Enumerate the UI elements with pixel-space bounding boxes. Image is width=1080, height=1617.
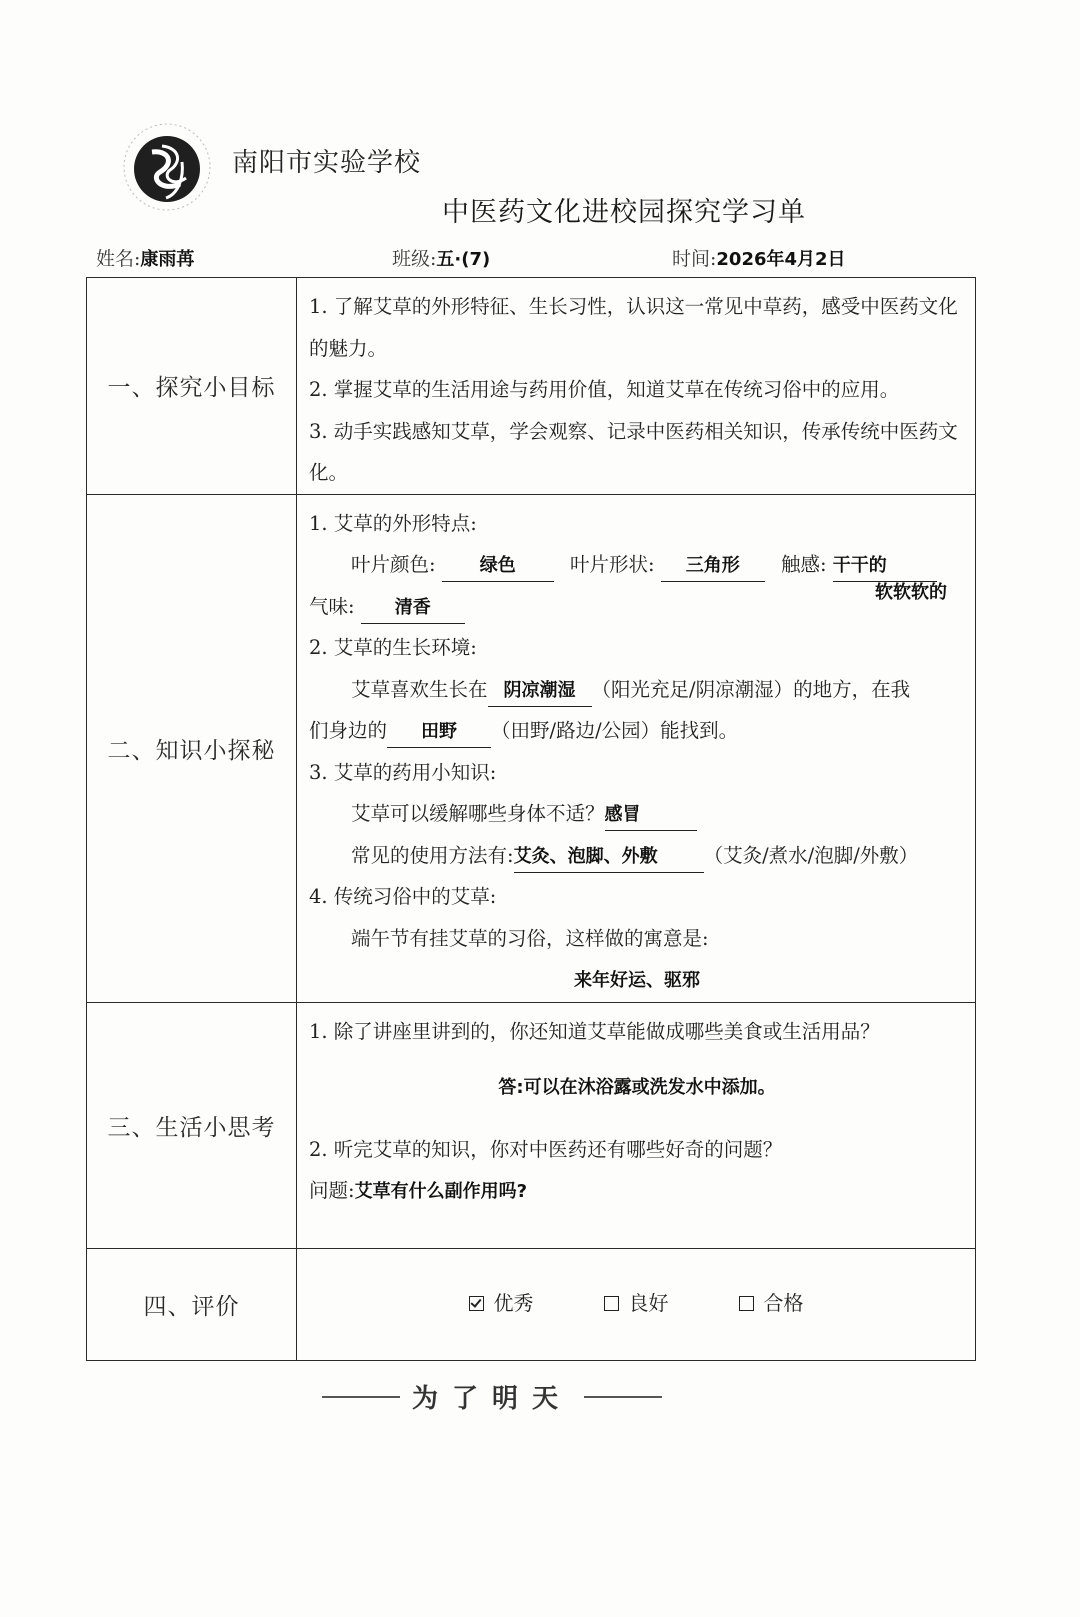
smell-answer: 清香 (395, 597, 431, 618)
rating-group: 优秀 良好 合格 (297, 1249, 975, 1325)
appearance-row: 叶片颜色: 绿色 叶片形状: 三角形 触感: 干干的 (309, 544, 965, 586)
evaluation-body: 优秀 良好 合格 (297, 1248, 976, 1360)
worksheet-table: 一、探究小目标 1. 了解艾草的外形特征、生长习性，认识这一常见中草药，感受中医… (86, 277, 976, 1361)
school-name: 南阳市实验学校 (232, 142, 421, 179)
question-heading: 2. 艾草的生长环境: (309, 627, 965, 669)
food-answer: 答:可以在沐浴露或洗发水中添加。 (498, 1077, 775, 1098)
section-evaluation: 四、评价 优秀 良好 合格 (87, 1248, 976, 1360)
location-field[interactable]: 田野 (387, 716, 491, 748)
goal-item: 1. 了解艾草的外形特征、生长习性，认识这一常见中草药，感受中医药文化的魅力。 (309, 286, 965, 369)
smell-field[interactable]: 清香 (361, 592, 465, 624)
custom-answer: 来年好运、驱邪 (574, 970, 700, 991)
methods-row: 常见的使用方法有:艾灸、泡脚、外敷（艾灸/煮水/泡脚/外敷） (309, 835, 965, 877)
section-label-knowledge: 二、知识小探秘 (87, 494, 297, 1002)
touch-answer-extra: 软软软的 (875, 572, 947, 614)
leaf-shape-field[interactable]: 三角形 (661, 550, 765, 582)
student-name-field[interactable]: 姓名:康雨苒 (96, 244, 194, 271)
class-label: 班级: (392, 248, 436, 270)
smell-label: 气味: (309, 595, 355, 618)
leaf-color-field[interactable]: 绿色 (442, 550, 554, 582)
curiosity-answer-field[interactable]: 问题:艾草有什么副作用吗? (309, 1170, 965, 1213)
school-emblem-icon (122, 122, 212, 212)
rating-label: 良好 (629, 1283, 669, 1325)
class-field[interactable]: 班级:五·(7) (392, 244, 490, 271)
leaf-color-label: 叶片颜色: (351, 553, 436, 576)
habitat-text: 艾草喜欢生长在 (351, 678, 488, 701)
leaf-color-answer: 绿色 (480, 555, 516, 576)
footer-motto: 为了明天 (322, 1378, 662, 1415)
divider (584, 1396, 662, 1398)
relief-answer: 感冒 (605, 804, 641, 825)
habitat-answer: 阴凉潮湿 (504, 680, 576, 701)
question-heading: 4. 传统习俗中的艾草: (309, 876, 965, 918)
food-answer-field[interactable]: 答:可以在沐浴露或洗发水中添加。 (309, 1066, 965, 1109)
time-value: 2026年4月2日 (716, 249, 845, 270)
habitat-row: 艾草喜欢生长在阴凉潮湿（阳光充足/阴凉潮湿）的地方，在我 (309, 669, 965, 711)
section-label-reflection: 三、生活小思考 (87, 1002, 297, 1248)
leaf-shape-answer: 三角形 (686, 555, 740, 576)
location-row: 们身边的田野（田野/路边/公园）能找到。 (309, 710, 965, 752)
touch-label: 触感: (781, 553, 827, 576)
section-reflection: 三、生活小思考 1. 除了讲座里讲到的，你还知道艾草能做成哪些美食或生活用品？ … (87, 1002, 976, 1248)
question-text: 2. 听完艾草的知识，你对中医药还有哪些好奇的问题？ (309, 1129, 965, 1171)
rating-label: 合格 (764, 1283, 804, 1325)
smell-row: 气味: 清香 软软软的 (309, 586, 965, 628)
rating-good[interactable]: 良好 (604, 1283, 669, 1325)
page-title: 中医药文化进校园探究学习单 (442, 190, 806, 229)
checkbox-icon[interactable] (604, 1296, 619, 1311)
name-label: 姓名: (96, 248, 140, 270)
location-text: 们身边的 (309, 719, 387, 742)
relief-label: 艾草可以缓解哪些身体不适？ (351, 802, 605, 825)
habitat-field[interactable]: 阴凉潮湿 (488, 675, 592, 707)
methods-label: 常见的使用方法有: (351, 844, 514, 867)
checkbox-checked-icon[interactable] (469, 1296, 484, 1311)
goals-body: 1. 了解艾草的外形特征、生长习性，认识这一常见中草药，感受中医药文化的魅力。 … (297, 278, 976, 495)
section-label-evaluation: 四、评价 (87, 1248, 297, 1360)
motto-text: 为了明天 (412, 1378, 572, 1415)
time-label: 时间: (672, 248, 716, 270)
knowledge-body: 1. 艾草的外形特点: 叶片颜色: 绿色 叶片形状: 三角形 触感: 干干的 气… (297, 494, 976, 1002)
goal-item: 3. 动手实践感知艾草，学会观察、记录中医药相关知识，传承传统中医药文化。 (309, 411, 965, 494)
curiosity-label: 问题: (309, 1179, 355, 1202)
section-label-goals: 一、探究小目标 (87, 278, 297, 495)
location-options: （田野/路边/公园）能找到。 (491, 719, 738, 742)
question-heading: 1. 艾草的外形特点: (309, 503, 965, 545)
reflection-body: 1. 除了讲座里讲到的，你还知道艾草能做成哪些美食或生活用品？ 答:可以在沐浴露… (297, 1002, 976, 1248)
question-heading: 3. 艾草的药用小知识: (309, 752, 965, 794)
methods-answer: 艾灸、泡脚、外敷 (514, 846, 658, 867)
methods-field[interactable]: 艾灸、泡脚、外敷 (514, 841, 704, 873)
checkbox-icon[interactable] (739, 1296, 754, 1311)
rating-pass[interactable]: 合格 (739, 1283, 804, 1325)
divider (322, 1396, 400, 1398)
goal-item: 2. 掌握艾草的生活用途与药用价值，知道艾草在传统习俗中的应用。 (309, 369, 965, 411)
question-text: 1. 除了讲座里讲到的，你还知道艾草能做成哪些美食或生活用品？ (309, 1011, 965, 1053)
location-answer: 田野 (421, 721, 457, 742)
rating-excellent[interactable]: 优秀 (469, 1283, 534, 1325)
section-goals: 一、探究小目标 1. 了解艾草的外形特征、生长习性，认识这一常见中草药，感受中医… (87, 278, 976, 495)
relief-field[interactable]: 感冒 (605, 799, 697, 831)
section-knowledge: 二、知识小探秘 1. 艾草的外形特点: 叶片颜色: 绿色 叶片形状: 三角形 触… (87, 494, 976, 1002)
custom-prompt: 端午节有挂艾草的习俗，这样做的寓意是: (309, 918, 965, 960)
methods-options: （艾灸/煮水/泡脚/外敷） (704, 844, 919, 867)
name-value: 康雨苒 (140, 249, 194, 270)
relief-row: 艾草可以缓解哪些身体不适？感冒 (309, 793, 965, 835)
time-field[interactable]: 时间:2026年4月2日 (672, 244, 846, 271)
leaf-shape-label: 叶片形状: (570, 553, 655, 576)
curiosity-answer: 艾草有什么副作用吗? (355, 1181, 527, 1202)
class-value: 五·(7) (436, 249, 490, 270)
custom-answer-field[interactable]: 来年好运、驱邪 (309, 959, 965, 1002)
habitat-options: （阳光充足/阴凉潮湿）的地方，在我 (592, 678, 911, 701)
rating-label: 优秀 (494, 1283, 534, 1325)
